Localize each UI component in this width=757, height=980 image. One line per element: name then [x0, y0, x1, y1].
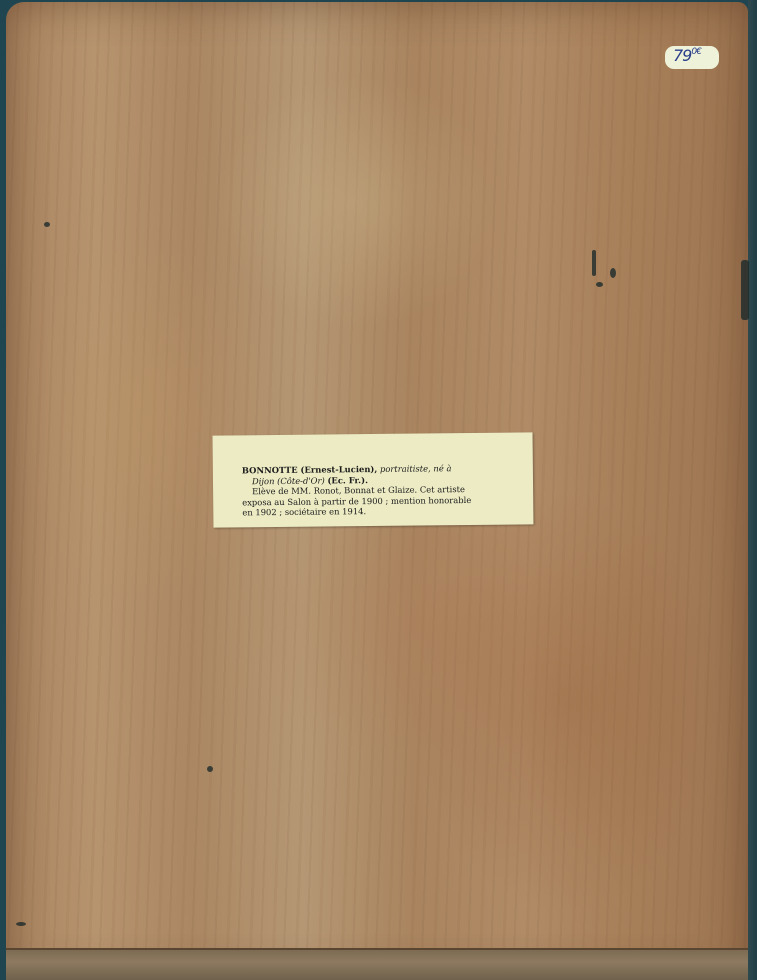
- birthplace: Dijon (Côte-d'Or): [252, 475, 325, 486]
- price-superscript: 0€: [691, 47, 700, 57]
- artist-label: BONNOTTE (Ernest-Lucien), portraitiste, …: [213, 432, 534, 527]
- stain: [741, 260, 749, 320]
- stain: [207, 766, 213, 772]
- school: (Ec. Fr.).: [327, 475, 368, 485]
- artist-name: BONNOTTE (Ernest-Lucien),: [242, 464, 377, 475]
- stain: [596, 282, 603, 287]
- price-tag-text: 790€: [673, 46, 701, 65]
- bottom-rail: [6, 948, 748, 980]
- label-text: BONNOTTE (Ernest-Lucien), portraitiste, …: [242, 462, 533, 518]
- artist-role: portraitiste,: [380, 463, 431, 474]
- born-text: né à: [433, 463, 451, 473]
- price-tag: 790€: [665, 46, 719, 69]
- panel-edge: [748, 0, 757, 980]
- stain: [16, 922, 26, 926]
- price-value: 79: [673, 46, 691, 65]
- label-line-5: en 1902 ; sociétaire en 1914.: [242, 504, 532, 518]
- stain: [44, 222, 50, 227]
- stain: [610, 268, 616, 278]
- stain: [592, 250, 596, 276]
